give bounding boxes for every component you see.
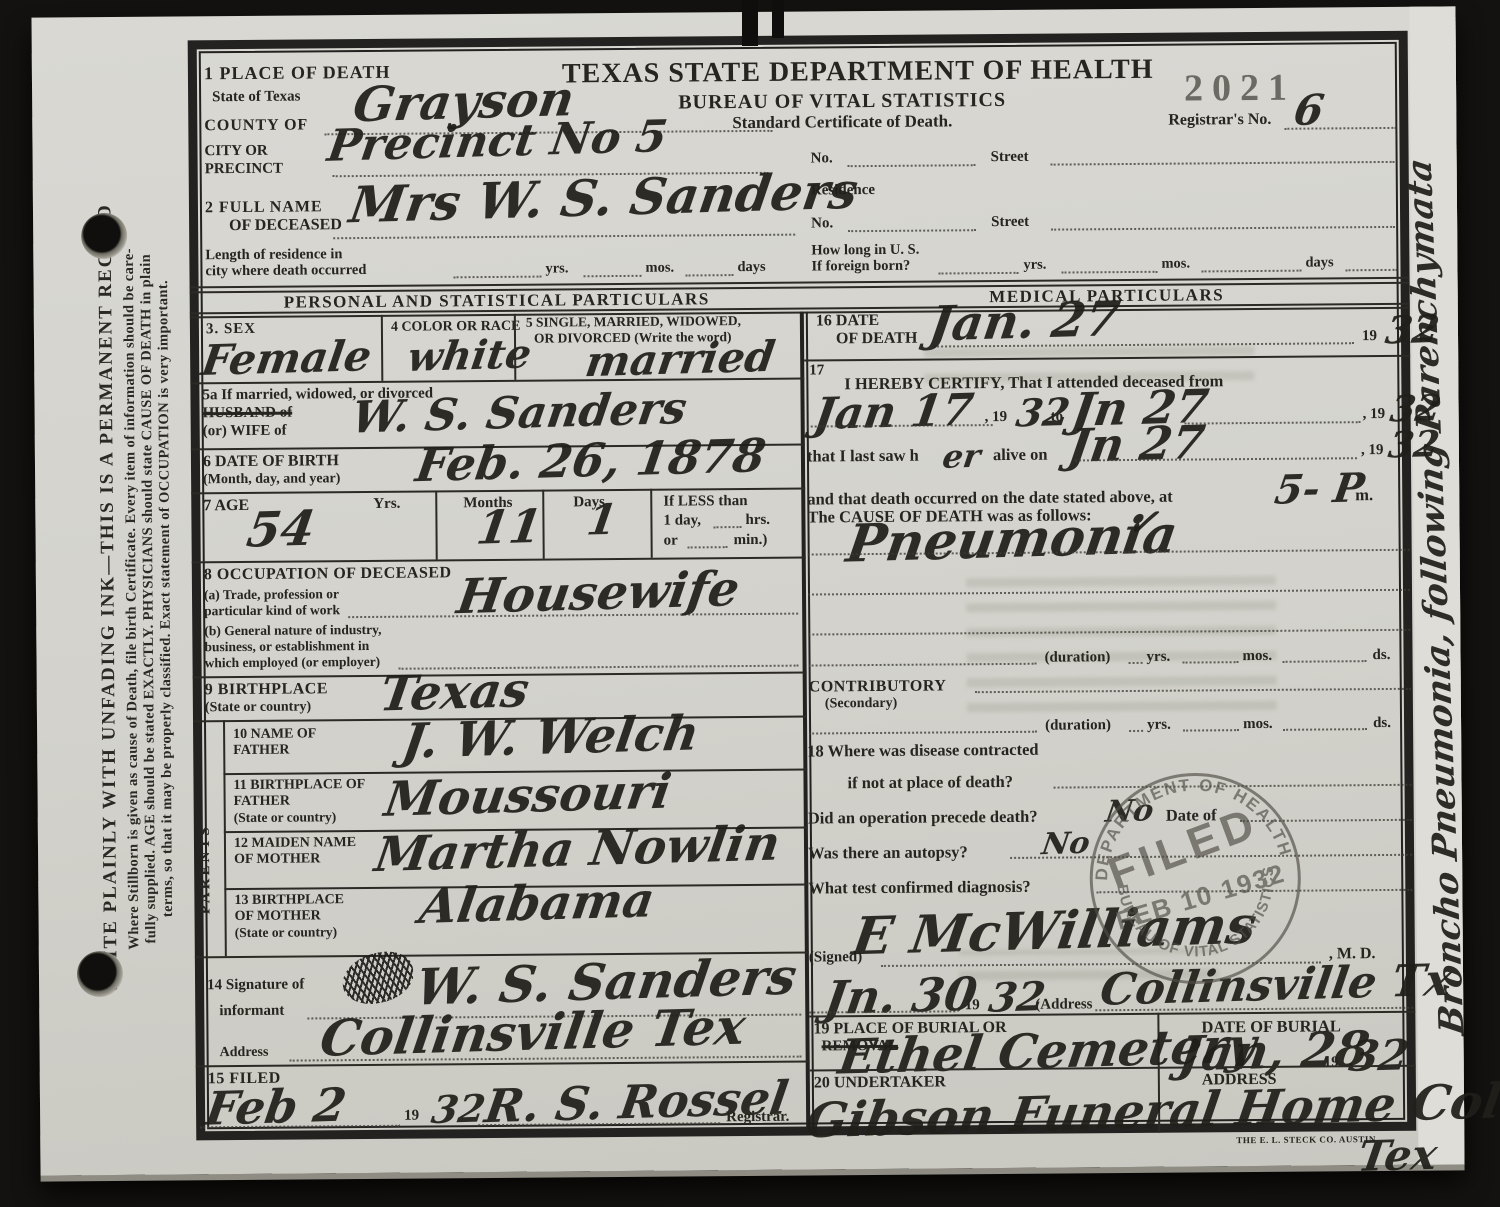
birthplace-label: 9 BIRTHPLACE <box>205 681 328 699</box>
uslen-mos: mos. <box>1161 257 1190 273</box>
mother-name-label-2: OF MOTHER <box>234 852 320 868</box>
less-leader-2 <box>688 546 728 548</box>
occ-b-label-1: (b) General nature of industry, <box>204 623 381 639</box>
attended-from-date: Jan 17 <box>811 389 976 438</box>
lastsaw-19-printed: , 19 <box>1361 443 1384 459</box>
dod-label-2: OF DEATH <box>836 331 917 349</box>
not-at-place-label: if not at place of death? <box>847 773 1013 792</box>
parents-vertical-label: PARENTS <box>197 764 214 914</box>
occ-a-label-2: particular kind of work <box>204 603 340 618</box>
occ-b-label-3: which employed (or employer) <box>204 655 380 671</box>
lastsaw-text-2: alive on <box>993 446 1048 464</box>
duration2-mos: mos. <box>1243 717 1273 733</box>
street-label-2: Street <box>991 215 1029 231</box>
filed-stamp: DEPARTMENT OF HEALTH BUREAU OF VITAL STA… <box>1072 755 1319 1002</box>
wife-of-label: (or) WIFE of <box>203 424 287 441</box>
city-label-1: CITY OR <box>204 144 267 160</box>
father-name-label-2: FATHER <box>233 744 289 759</box>
to-19-printed: , 19 <box>1363 407 1386 423</box>
occ-b-label-2: business, or establishment in <box>204 639 369 655</box>
mother-bp-label-1: 13 BIRTHPLACE <box>234 893 344 909</box>
age-label: 7 AGE <box>203 498 249 515</box>
less-label-2a: 1 day, <box>663 513 701 529</box>
uslen-label-1: How long in U. S. <box>811 243 919 259</box>
margin-note-overflow: Tex <box>1355 1134 1440 1178</box>
mother-bp-label-2: OF MOTHER <box>234 909 320 925</box>
street-label-1: Street <box>991 150 1029 166</box>
uslen-days: days <box>1305 255 1333 271</box>
mother-bp-value: Alabama <box>417 876 658 931</box>
marital-label-1: 5 SINGLE, MARRIED, WIDOWED, <box>526 314 741 330</box>
registrar-no-label: Registrar's No. <box>1168 112 1271 130</box>
reslen-days: days <box>737 260 765 276</box>
yrs-header: Yrs. <box>373 497 400 513</box>
duration2-ds: ds. <box>1373 716 1391 732</box>
reslen-mos: mos. <box>645 261 674 277</box>
death-time-value: 5- P <box>1272 468 1367 511</box>
father-bp-value: Moussouri <box>382 768 675 824</box>
informant-address-value: Collinsville Tex <box>317 1002 749 1064</box>
informant-label-2: informant <box>219 1004 284 1020</box>
duration2-yrs: yrs. <box>1147 718 1171 734</box>
signed-19-printed: , 19 <box>957 998 980 1014</box>
occupation-value: Housewife <box>454 565 743 621</box>
m-label: m. <box>1355 486 1373 504</box>
father-name-value: J. W. Welch <box>399 709 702 766</box>
marital-value: married <box>583 336 778 383</box>
father-bp-label-2: FATHER <box>234 795 290 810</box>
filed-stamp-svg: DEPARTMENT OF HEALTH BUREAU OF VITAL STA… <box>1072 755 1319 1002</box>
county-label: COUNTY OF <box>204 117 308 135</box>
dob-value: Feb. 26, 1878 <box>413 432 769 488</box>
burial-year-value: 32 <box>1346 1034 1411 1078</box>
age-months-value: 11 <box>474 503 545 551</box>
city-label-2: PRECINCT <box>205 162 283 179</box>
father-name-label-1: 10 NAME OF <box>233 727 316 742</box>
occupation-label: 8 OCCUPATION OF DECEASED <box>204 565 452 584</box>
uslen-yrs: yrs. <box>1023 258 1046 274</box>
mother-name-value: Martha Nowlin <box>372 820 783 880</box>
checkmark: ✓ <box>1125 504 1161 541</box>
punch-hole-top <box>81 213 127 259</box>
certificate-number-stamp: 2021 <box>1184 66 1296 111</box>
item-17: 17 <box>809 363 824 379</box>
less-label-1: If LESS than <box>663 494 747 511</box>
punch-hole-bottom <box>77 951 123 997</box>
duration2-leader-1 <box>1129 730 1143 732</box>
birthplace-sublabel: (State or country) <box>205 700 311 716</box>
dob-label: 6 DATE OF BIRTH <box>203 453 339 471</box>
husband-of-label: HUSBAND of <box>203 406 293 423</box>
contributory-label-1: CONTRIBUTORY <box>809 678 947 696</box>
to-label: to <box>1051 410 1064 426</box>
duration1-label: (duration) <box>1044 650 1110 666</box>
dod-label-1: 16 DATE <box>816 313 879 330</box>
duration1-mos: mos. <box>1242 649 1272 665</box>
dept-title: TEXAS STATE DEPARTMENT OF HEALTH <box>562 55 1122 89</box>
fullname-value: Mrs W. S. Sanders <box>346 166 861 231</box>
from-19-printed: , 19 <box>985 410 1008 426</box>
dob-sublabel: (Month, day, and year) <box>203 472 340 488</box>
duration1-leader-1 <box>1129 662 1143 664</box>
certificate-paper: WRITE PLAINLY WITH UNFADING INK—THIS IS … <box>31 6 1464 1175</box>
less-label-2b: hrs. <box>745 513 770 529</box>
father-bp-sublabel: (State or country) <box>234 810 337 825</box>
informant-label-1: 14 Signature of <box>207 977 304 994</box>
age-years-value: 54 <box>244 505 318 555</box>
filed-date-value: Feb 2 <box>202 1082 349 1132</box>
scan-notch <box>742 0 758 46</box>
mother-name-label-1: 12 MAIDEN NAME <box>234 836 356 852</box>
address-paren-label: (Address <box>1035 997 1092 1013</box>
filed-19-printed: 19 <box>404 1109 419 1125</box>
uslen-leader-4 <box>1345 269 1397 271</box>
duration1-yrs: yrs. <box>1146 650 1170 666</box>
less-label-3b: min.) <box>734 533 768 549</box>
lastsaw-text-1: that I last saw h <box>807 447 919 465</box>
duration2-label: (duration) <box>1045 718 1111 734</box>
item-18-label: 18 Where was disease contracted <box>807 741 1038 760</box>
from-year-value: 32 <box>1014 393 1073 433</box>
dod-19-printed: 19 <box>1362 329 1377 345</box>
operation-label: Did an operation precede death? <box>808 808 1038 827</box>
mother-bp-sublabel: (State or country) <box>235 925 338 940</box>
reslen-label-1: Length of residence in <box>205 247 342 263</box>
contributory-label-2: (Secondary) <box>825 697 897 712</box>
dod-value: Jan. 27 <box>926 295 1123 348</box>
lastsaw-date: Jn 27 <box>1065 419 1207 469</box>
less-leader-1 <box>713 526 741 528</box>
less-label-3a: or <box>664 534 678 550</box>
registrar-label: Registrar. <box>726 1110 789 1126</box>
informant-address-label: Address <box>220 1046 269 1061</box>
occ-a-label-1: (a) Trade, profession or <box>204 587 339 602</box>
printer-imprint: THE E. L. STECK CO. AUSTIN <box>1236 1135 1376 1146</box>
uslen-label-2: If foreign born? <box>811 259 910 275</box>
scan-notch <box>772 0 784 38</box>
father-bp-label-1: 11 BIRTHPLACE OF <box>233 778 365 794</box>
burial-19-printed: 19 <box>1324 1055 1339 1071</box>
reslen-label-2: city where death occurred <box>205 263 366 280</box>
sex-value: Female <box>199 335 374 382</box>
death-occurred-text: and that death occurred on the date stat… <box>807 488 1173 508</box>
lastsaw-hw-er: er <box>941 440 983 473</box>
test-label: What test confirmed diagnosis? <box>808 878 1030 897</box>
duration1-ds: ds. <box>1372 648 1390 664</box>
autopsy-label: Was there an autopsy? <box>808 843 968 862</box>
fullname-label-1: 2 FULL NAME <box>205 199 323 217</box>
state-of-texas: State of Texas <box>212 90 300 107</box>
reslen-yrs: yrs. <box>545 261 568 277</box>
fullname-label-2: OF DECEASED <box>229 217 342 235</box>
reslen-leader-3 <box>686 274 734 276</box>
